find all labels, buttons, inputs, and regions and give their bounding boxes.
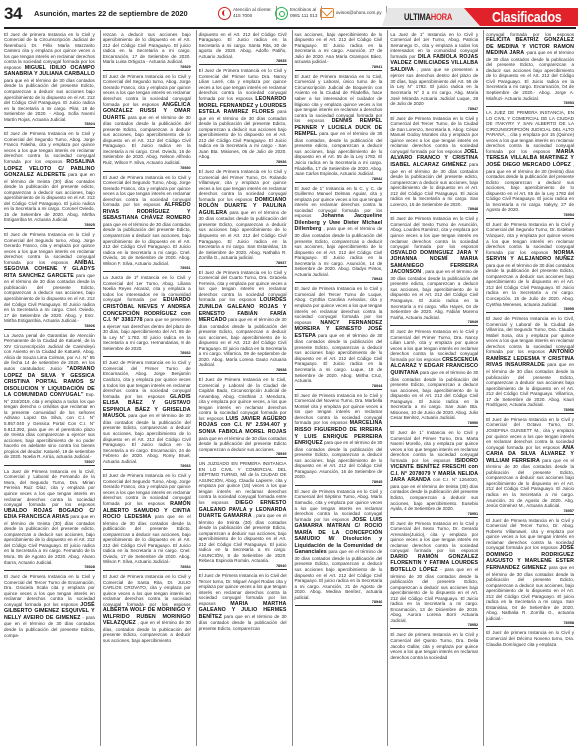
legal-notice: El Juez de Primera Instancia en lo Civil…: [295, 487, 383, 606]
column-1: El Juez de primera Instancia en lo Civil…: [4, 30, 97, 746]
notice-code: 78924: [4, 122, 95, 127]
legal-notice: El Juez de Primera Instancia en lo Civil…: [486, 220, 574, 313]
notice-code: 78957: [486, 509, 574, 514]
notice-code: 78932: [103, 351, 191, 356]
contact-phone-value: 415 7000: [233, 13, 252, 18]
notice-text: LA JUEZ DE PRIMERA INSTANCIA, EN LO CIVI…: [486, 110, 574, 154]
notice-text: para que en el término de 30 días contad…: [4, 273, 95, 323]
notice-text: sus acciones, bajo apercibimiento de lo …: [295, 32, 383, 65]
legal-notice: El Juez de Primera Instancia en lo Civil…: [390, 114, 478, 213]
column-5: La Juez de 1° Instancia en lo Civil y Co…: [387, 30, 480, 746]
notice-text: El Juez de Primera Instancia en lo Civil…: [486, 417, 574, 450]
legal-notice: El Juez de Primera Instancia en lo Civil…: [295, 285, 383, 390]
notice-text: para que en el término de 30 días contad…: [390, 370, 478, 420]
notice-text: El Juez de Primera Instancia en lo Civil…: [390, 216, 478, 249]
notice-text: para que en el término de 30 días contad…: [199, 317, 287, 367]
notice-code: 78928: [4, 565, 95, 570]
legal-notice: El Juez de Primera Instancia en lo Civil…: [390, 215, 478, 326]
legal-notice: La Juez de Primera Instancia en lo Civil…: [4, 467, 95, 571]
legal-notice: El Juez de Primera Instancia en lo Civil…: [199, 67, 287, 166]
section-banner: ULTIMAHORA Clasificados: [382, 8, 578, 26]
column-4: sus acciones, bajo apercibimiento de lo …: [292, 30, 385, 746]
notice-code: 78939: [199, 452, 287, 457]
contact-whatsapp: Escribinos al0981 111 013: [275, 4, 322, 22]
legal-notice: La Juez de 1° Instancia en lo Civil y Co…: [390, 30, 478, 113]
mail-icon: [320, 8, 334, 18]
brand-logo-part1: ULTIMA: [404, 12, 431, 23]
legal-notice: El Juez de Primera Instancia en lo Civil…: [4, 130, 95, 229]
legal-notice: El Juez de 1° Instancia en lo C. y C. de…: [295, 184, 383, 283]
contact-email: avisos@uhora.com.py: [320, 4, 387, 22]
notice-text: , para que en el término de 30 (treinta)…: [486, 162, 574, 212]
notice-text: para que en el término de treinta (30) d…: [4, 514, 95, 564]
notice-code: 78948: [390, 207, 478, 212]
legal-notice: dispuesto en el Art. 212 del Código Civi…: [199, 30, 287, 65]
notice-text: para que en el término de 30 días contad…: [295, 333, 383, 383]
notice-text: , para que en el término de 30 días cont…: [295, 226, 383, 276]
notice-text: para que en el término de 30 días contad…: [295, 549, 383, 599]
notice-code: 78944: [295, 384, 383, 389]
notice-code: 78929: [103, 65, 191, 70]
notice-code: 78927: [4, 460, 95, 465]
notice-text: - para que en el término de 30 días cont…: [390, 567, 478, 623]
contact-whatsapp-value: 0981 111 013: [290, 13, 317, 18]
notice-code: 78947: [390, 107, 478, 112]
legal-notice: El Juez de Primera Instancia en lo Civil…: [199, 571, 287, 631]
notice-text: dispuesto en el Art. 212 del Código Civi…: [199, 32, 287, 59]
notice-text: rezcan a deducir sus acciones bajo aperc…: [103, 32, 191, 65]
legal-notice: El Juez de Primera Instancia en lo Civil…: [390, 328, 478, 427]
legal-notice: El Juez de Primera Instancia en lo Civil…: [199, 268, 287, 374]
notice-text: para que en el término de 30 días contad…: [199, 109, 287, 159]
classifieds-columns: El Juez de primera Instancia en lo Civil…: [4, 30, 576, 746]
notice-code: 78930: [103, 166, 191, 171]
date-line: Asunción, martes 22 de septiembre de 202…: [34, 9, 188, 18]
legal-notice: La Jueza penal de Garantías de Atención …: [4, 331, 95, 466]
notice-code: 78951: [390, 512, 478, 517]
notice-code: 78956: [486, 408, 574, 413]
notice-text: El Juez de Primera Instancia en lo Civil…: [295, 74, 383, 123]
legal-notice: El Juez de primera Instancia en lo Civil…: [486, 629, 574, 648]
legal-notice: El Juez de Primera Instancia en lo Civil…: [486, 315, 574, 414]
notice-text: El Juez de Primera Instancia en lo Civil…: [199, 377, 287, 421]
section-title: Clasificados: [492, 9, 562, 26]
phone-icon: [218, 7, 231, 20]
column-2: rezcan a deducir sus acciones bajo aperc…: [100, 30, 193, 746]
notice-text: para que en el término de 30 días contad…: [486, 565, 574, 621]
legal-notice: El Juez de Primera Instancia en lo Civil…: [295, 391, 383, 486]
notice-text: , para que en el término de treinta (30)…: [199, 513, 287, 563]
brand-logo: ULTIMAHORA: [404, 12, 452, 23]
column-3: dispuesto en el Art. 212 del Código Civi…: [196, 30, 289, 746]
notice-code: 78926: [4, 324, 95, 329]
notice-code: 78958: [486, 621, 574, 626]
notice-text: , para que en el término de 30 días cont…: [390, 269, 478, 319]
legal-notice: El Juez de Primera Instancia en lo Civil…: [486, 516, 574, 627]
notice-code: 78934: [103, 565, 191, 570]
notice-text: para que en el término de 30 días contad…: [103, 115, 191, 165]
notice-code: 78943: [295, 277, 383, 282]
contact-phone: Atención al cliente:415 7000: [218, 4, 277, 22]
header-rule: [4, 27, 576, 29]
notice-code: 78946: [295, 600, 383, 605]
legal-notice: El Juez de Primera Instancia en lo Civil…: [103, 359, 191, 470]
notice-text: Exp. N° 234/2019, cita y emplaza a todos…: [4, 392, 95, 459]
legal-notice: El Juez de Primera Instancia en lo Civil…: [103, 173, 191, 272]
legal-notice: El Juez de 1° Instancia en lo Civil y Co…: [390, 428, 478, 517]
legal-notice: El Juez de primera Instancia en lo Civil…: [4, 30, 95, 128]
notice-code: 78935: [199, 59, 287, 64]
notice-code: 78952: [390, 623, 478, 628]
notice-text: El Juez de primera Instancia en lo Civil…: [390, 632, 478, 659]
legal-notice: LA JUEZ DE PRIMERA INSTANCIA, EN LO CIVI…: [486, 109, 574, 219]
page-header: 34 Asunción, martes 22 de septiembre de …: [0, 0, 580, 26]
notice-text: para que en el término de 30 días contad…: [486, 458, 574, 508]
contact-whatsapp-label: Escribinos al: [290, 7, 316, 12]
notice-code: 78936: [199, 160, 287, 165]
legal-notice: sus acciones, bajo apercibimiento de lo …: [295, 30, 383, 71]
notice-code: 78937: [199, 261, 287, 266]
legal-notice: El Juez de Primera Instancia en lo Civil…: [4, 573, 95, 639]
notice-text: para que en el término de 30 días contad…: [295, 440, 383, 479]
notice-code: 78931: [103, 266, 191, 271]
legal-notice: El Juez de Primera Instancia en lo Civil…: [486, 415, 574, 514]
notice-text: para que en el término de 30 días contad…: [486, 362, 574, 407]
notice-code: 78950: [390, 421, 478, 426]
legal-notice: El Juez de Primera Instancia en lo Civil…: [295, 72, 383, 182]
notice-text: para que en el término de 30 días contad…: [4, 78, 95, 122]
legal-notice: El Juez de Primera Instancia en lo Civil…: [4, 231, 95, 330]
legal-notice: El Juez de Primera Instancia en lo Civil…: [103, 572, 191, 644]
legal-notice: rezcan a deducir sus acciones bajo aperc…: [103, 30, 191, 71]
notice-text: para que en el término de 30 días contad…: [199, 436, 287, 452]
notice-text: para que en el término de 30 días contad…: [103, 413, 191, 463]
notice-text: conyugal formada por los esposos: [486, 32, 574, 37]
notice-code: 78945: [295, 480, 383, 485]
notice-code: 78925: [4, 223, 95, 228]
notice-code: 78940: [199, 564, 287, 569]
brand-logo-part2: HORA: [431, 12, 452, 23]
legal-notice: La Jueza de 1ª Instancia en lo Civil y C…: [103, 274, 191, 358]
legal-notice: El Juez de Primera Instancia en lo Civil…: [199, 376, 287, 459]
whatsapp-icon: [275, 7, 288, 20]
notice-code: 78955: [486, 307, 574, 312]
notice-text: La Juez de Primera Instancia en lo Civil…: [4, 469, 95, 507]
notice-text: para que en el término de 30 días contad…: [486, 263, 574, 307]
legal-notice: El Juez de Primera Instancia en lo Civil…: [199, 167, 287, 266]
legal-notice: El Juez de primera Instancia en lo Civil…: [390, 631, 478, 661]
notice-code: 78938: [199, 368, 287, 373]
notice-text: para que en el término de 30 días contad…: [295, 131, 383, 176]
notice-code: 78941: [295, 65, 383, 70]
notice-text: El Juez de Primera Instancia en lo Civil…: [103, 574, 191, 607]
notice-text: , para que se presenten a ejercer sus de…: [390, 67, 478, 106]
column-6: conyugal formada por los esposos FELICIT…: [483, 30, 576, 746]
notice-text: para que en el término de 30 días contad…: [199, 210, 287, 260]
legal-notice: El Juez de Primera Instancia en lo Civil…: [103, 72, 191, 171]
contact-email-value: avisos@uhora.com.py: [336, 10, 382, 16]
legal-notice: conyugal formada por los esposos FELICIT…: [486, 30, 574, 107]
notice-code: 78954: [486, 213, 574, 218]
notice-code: 78933: [103, 464, 191, 469]
legal-notice: El Juez de Primera Instancia en lo Civil…: [390, 519, 478, 629]
legal-notice: UN JUZGADO EN PRIMERA INSTANCIA EN LO CI…: [199, 460, 287, 570]
notice-code: 78942: [295, 177, 383, 182]
contact-phone-label: Atención al cliente:: [233, 7, 272, 12]
legal-notice: El Juez de Primera Instancia en lo Civil…: [103, 472, 191, 571]
notice-code: 78949: [390, 320, 478, 325]
notice-text: El Juez de Primera Instancia en lo Civil…: [390, 521, 478, 554]
page-number: 34: [4, 4, 22, 24]
notice-text: para que en el término de 30 días contad…: [390, 162, 478, 207]
notice-text: para que en el término de 30 días contad…: [103, 514, 191, 564]
notice-text: El Juez de primera Instancia en lo Civil…: [486, 630, 574, 646]
notice-text: para que en el término de treinta (30) d…: [4, 172, 95, 222]
notice-code: 78953: [486, 101, 574, 106]
notice-text: UN JUZGADO EN PRIMERA INSTANCIA EN LO CI…: [199, 461, 287, 505]
notice-text: para que en el término de 30 días contad…: [103, 222, 191, 266]
notice-text: -para que en el término de 30 días conta…: [486, 50, 574, 100]
